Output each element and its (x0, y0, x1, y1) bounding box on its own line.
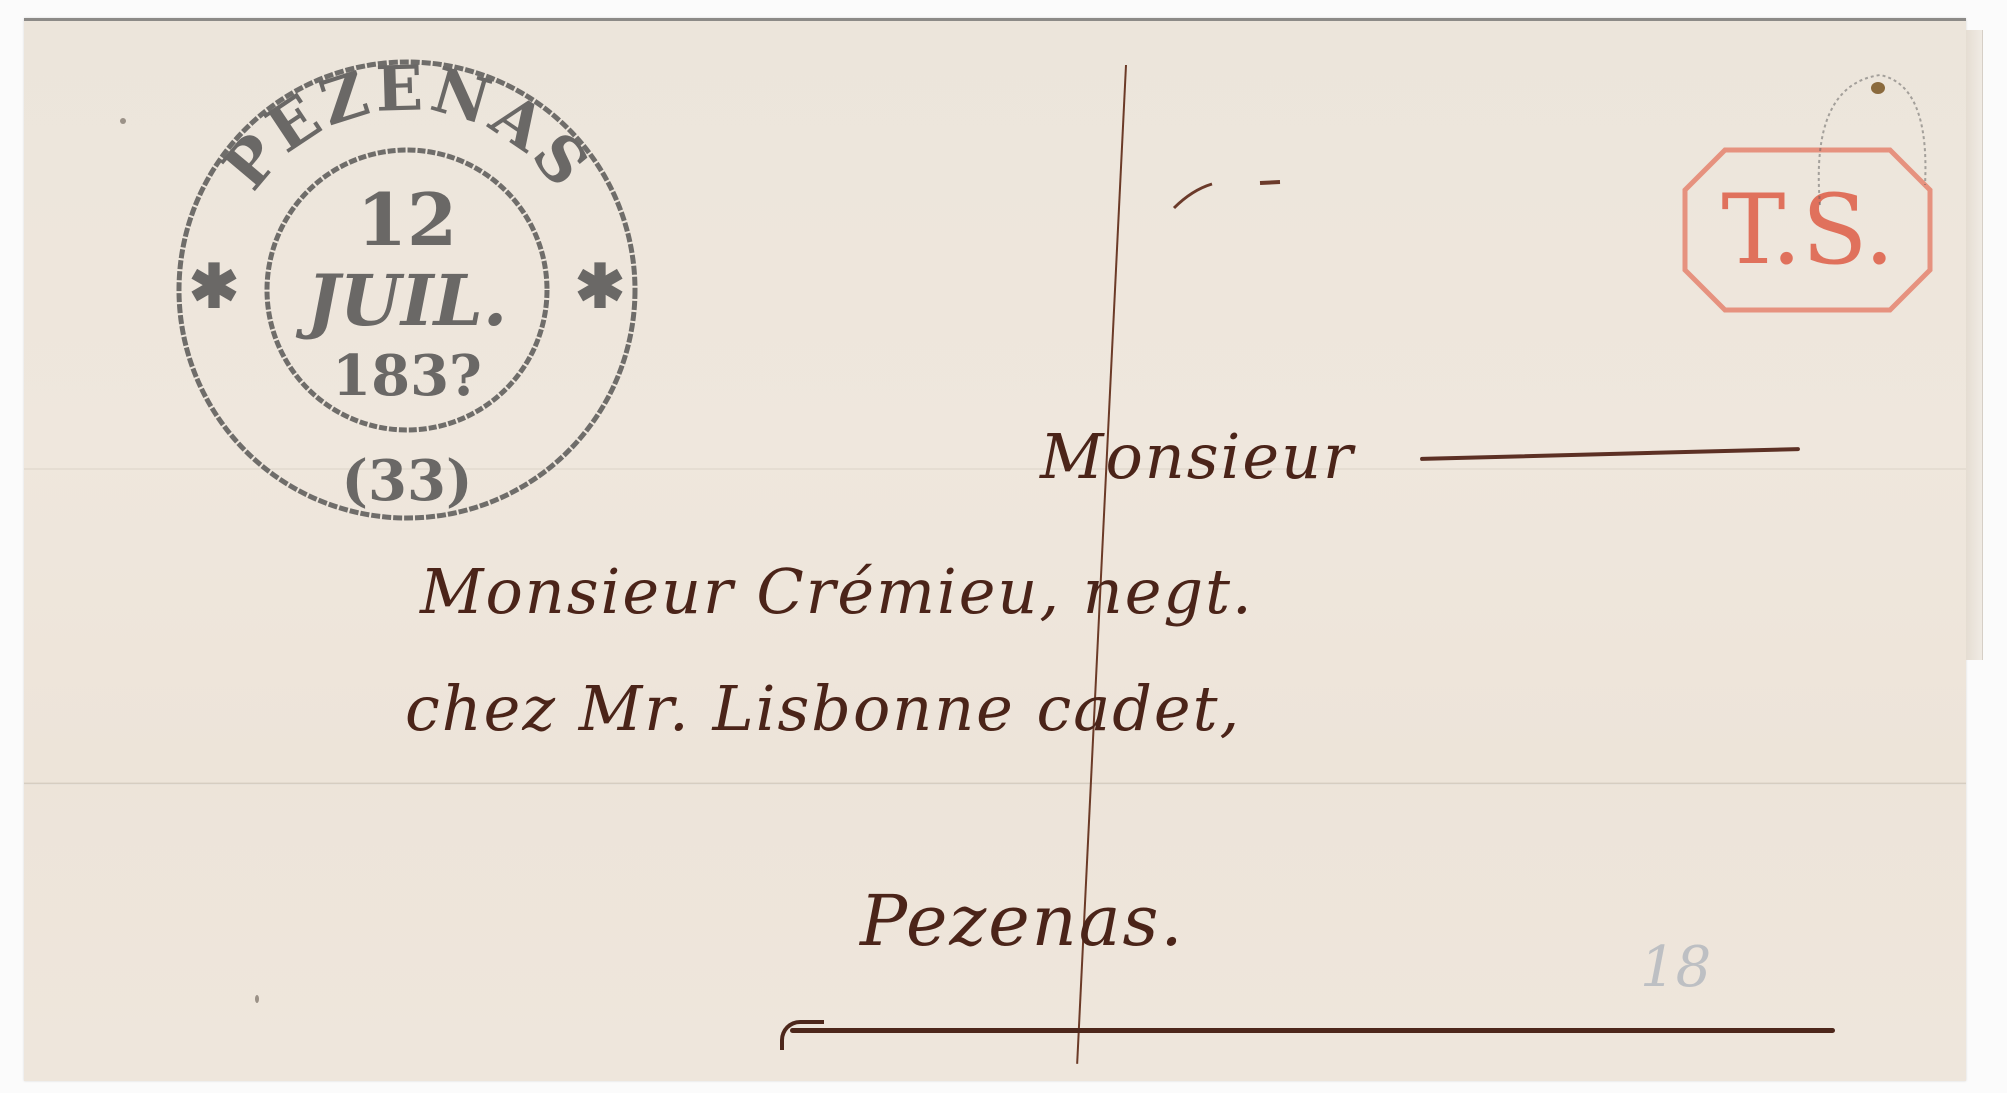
ink-speck (120, 118, 126, 124)
postmark-datestamp: PEZENAS 12 JUIL. 183? (33) ✱ ✱ (172, 55, 642, 525)
pencil-annotation: 18 (1640, 935, 1711, 1000)
flourish-bottom-underline (790, 1028, 1835, 1033)
postmark-rings-icon: PEZENAS 12 JUIL. 183? (33) ✱ ✱ (172, 55, 642, 525)
address-line-2: Monsieur Crémieu, negt. (420, 555, 1254, 628)
tax-mark-icon (1172, 180, 1282, 210)
address-line-4: Pezenas. (860, 880, 1185, 962)
postmark-month: JUIL. (296, 259, 508, 342)
fold-line (24, 782, 1966, 785)
postmark-ornament-left: ✱ (189, 252, 239, 322)
address-line-3: chez Mr. Lisbonne cadet, (405, 672, 1241, 745)
postmark-department: (33) (342, 448, 473, 514)
flourish-curl (780, 1020, 824, 1050)
postmark-year: 183? (332, 343, 482, 409)
ink-speck (255, 995, 259, 1003)
postmark-day: 12 (357, 177, 457, 262)
address-line-1: Monsieur (1040, 420, 1355, 493)
postmark-ornament-right: ✱ (575, 252, 625, 322)
scene: PEZENAS 12 JUIL. 183? (33) ✱ ✱ T.S. Mons… (0, 0, 2007, 1093)
letter-flap-edge (1966, 30, 1983, 660)
faint-stamp-arc-icon (1800, 65, 1940, 215)
